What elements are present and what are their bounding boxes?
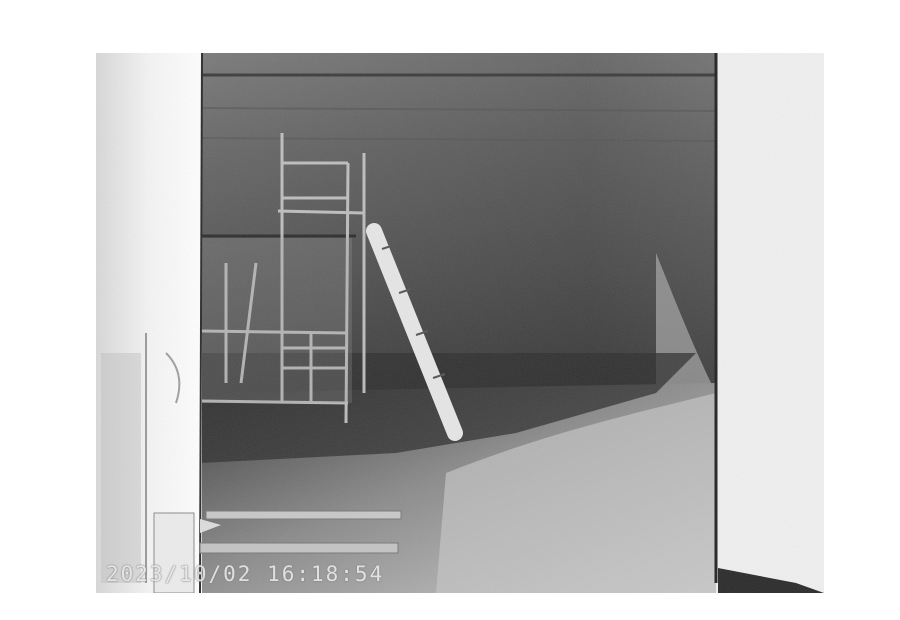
site-photo: 2023/10/02 16:18:54 [96,53,824,593]
photo-timestamp: 2023/10/02 16:18:54 [106,562,384,586]
photo-scene [96,53,824,593]
